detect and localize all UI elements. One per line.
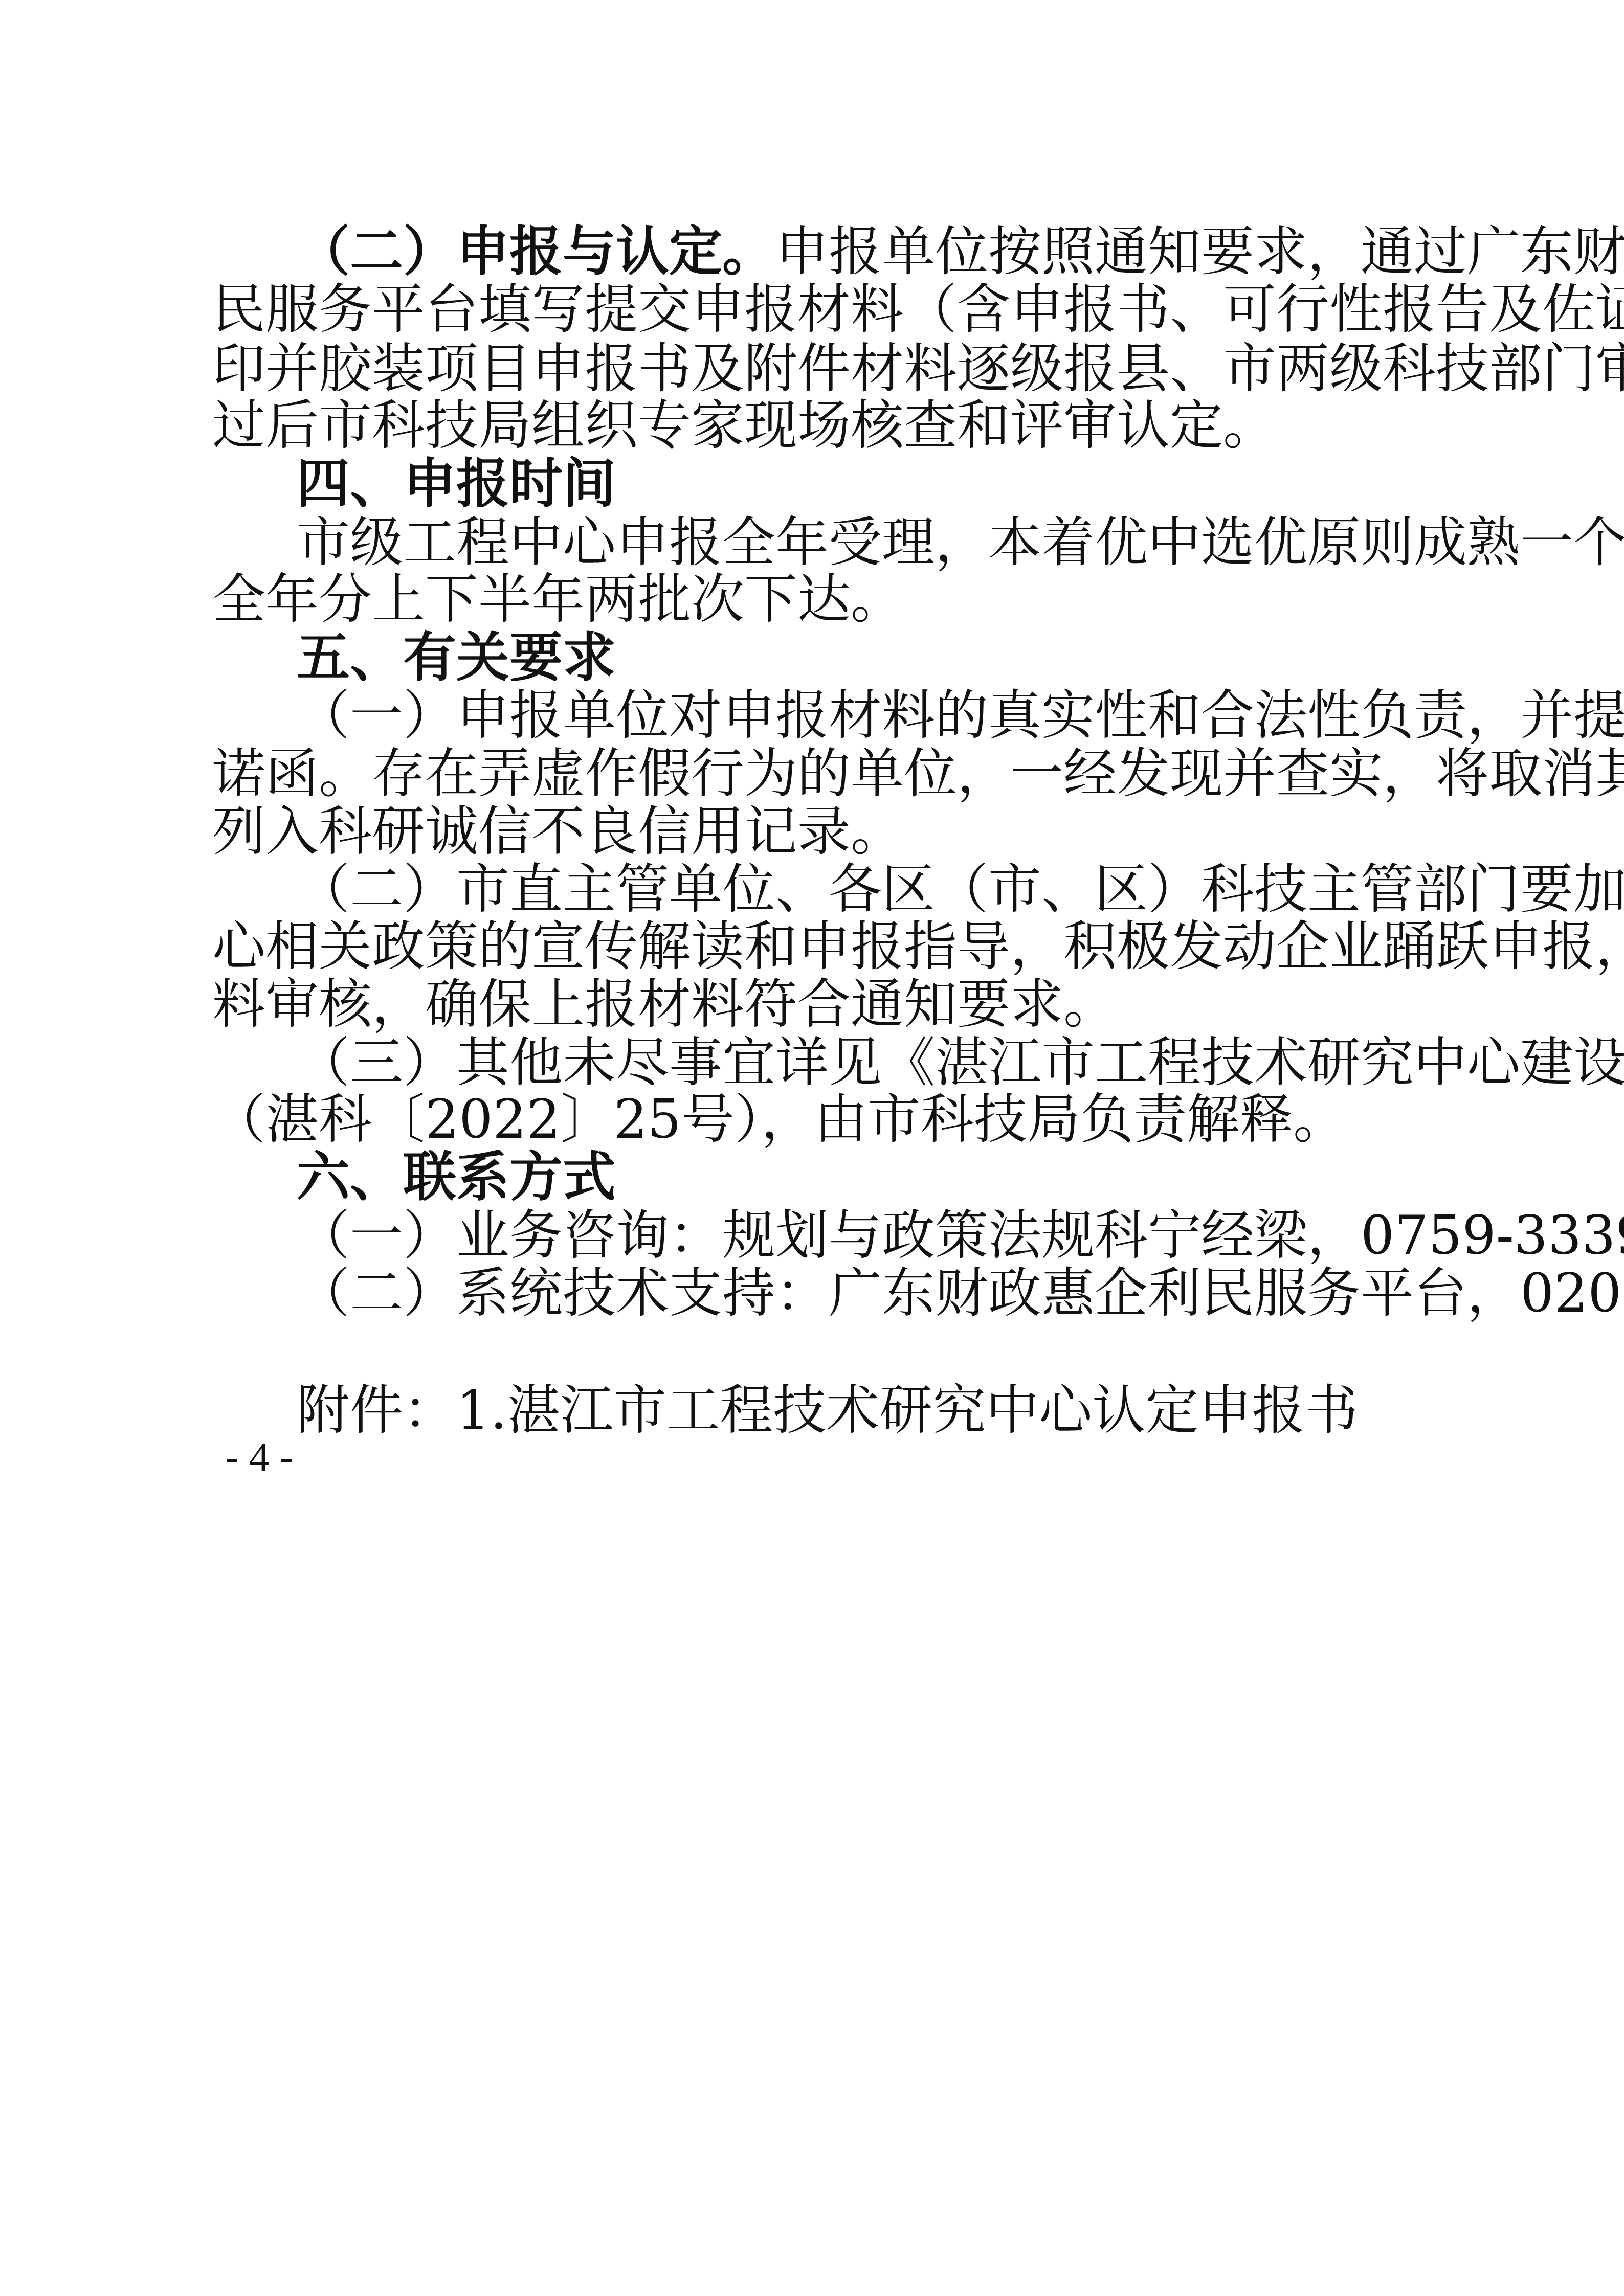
paragraph-line: 全年分上下半年两批次下达。 (212, 570, 1471, 628)
paragraph-line: 心相关政策的宣传解读和申报指导，积极发动企业踊跃申报，做好申报资 (212, 917, 1471, 976)
paragraph-line: 民服务平台填写提交申报材料（含申报书、可行性报告及佐证材料），打 (212, 280, 1471, 339)
paragraph-line: 料审核，确保上报材料符合通知要求。 (212, 975, 1471, 1033)
attachment-line: 附件：1.湛江市工程技术研究中心认定申报书 (297, 1381, 1471, 1439)
section-heading: 四、申报时间 (297, 455, 1471, 513)
paragraph-line: （三）其他未尽事宜详见《湛江市工程技术研究中心建设管理办法》 (297, 1033, 1471, 1092)
contact-line: （一）业务咨询：规划与政策法规科宁经梁，0759-3339533。 (297, 1206, 1471, 1265)
paragraph-line: 市级工程中心申报全年受理，本着优中选优原则成熟一个认定一个， (297, 513, 1471, 572)
paragraph-line: 诺函。存在弄虚作假行为的单位，一经发现并查实，将取消其申报资格并 (212, 745, 1471, 803)
paragraph-line: （一）申报单位对申报材料的真实性和合法性负责，并提供真实性承 (297, 686, 1471, 745)
section-heading: 五、有关要求 (297, 628, 1471, 687)
paragraph-text: 申报单位按照通知要求，通过广东财政惠企利 (775, 220, 1624, 283)
subsection-label: （二）申报与认定。 (297, 220, 775, 283)
contact-line: （二）系统技术支持：广东财政惠企利民服务平台，020-88696500。 (297, 1264, 1471, 1322)
paragraph-line: （二）申报与认定。申报单位按照通知要求，通过广东财政惠企利 (297, 222, 1471, 281)
section-heading: 六、联系方式 (297, 1148, 1471, 1206)
paragraph-line: 印并胶装项目申报书及附件材料逐级报县、市两级科技部门审核，审核通 (212, 340, 1471, 398)
page-number: - 4 - (225, 1432, 293, 1483)
paragraph-line: 列入科研诚信不良信用记录。 (212, 802, 1471, 861)
paragraph-line: （二）市直主管单位、各区（市、区）科技主管部门要加强对工程中 (297, 860, 1471, 918)
paragraph-line: 过后市科技局组织专家现场核查和评审认定。 (212, 396, 1471, 455)
paragraph-line: （湛科〔2022〕25号），由市科技局负责解释。 (212, 1090, 1471, 1149)
document-page: （二）申报与认定。申报单位按照通知要求，通过广东财政惠企利 民服务平台填写提交申… (0, 0, 1624, 2296)
